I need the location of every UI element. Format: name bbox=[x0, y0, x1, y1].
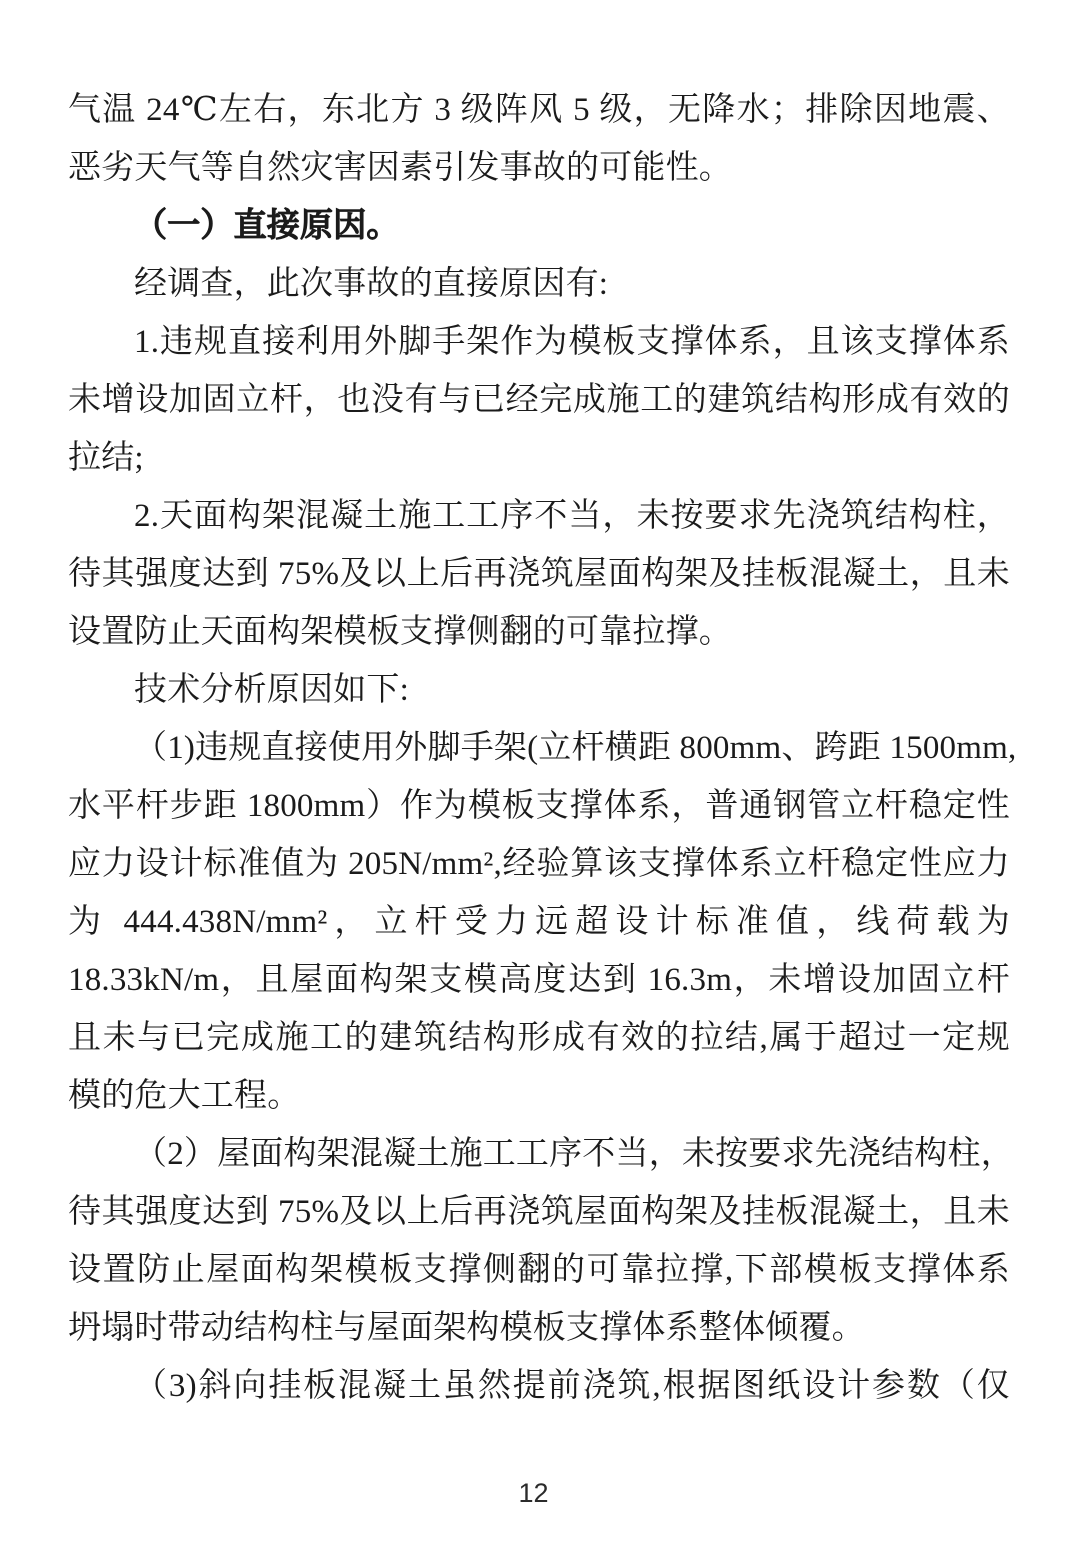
text-line: 坍塌时带动结构柱与屋面架构模板支撑体系整体倾覆。 bbox=[68, 1299, 1010, 1357]
text-line: 待其强度达到 75%及以上后再浇筑屋面构架及挂板混凝土，且未 bbox=[68, 1183, 1010, 1241]
text-line: 待其强度达到 75%及以上后再浇筑屋面构架及挂板混凝土，且未 bbox=[68, 545, 1010, 603]
para-tech-analysis-intro: 技术分析原因如下: bbox=[68, 661, 1010, 719]
heading-direct-cause: （一）直接原因。 bbox=[68, 197, 1010, 255]
text-line: 未增设加固立杆，也没有与已经完成施工的建筑结构形成有效的 bbox=[68, 371, 1010, 429]
text-line: 技术分析原因如下: bbox=[68, 661, 1010, 719]
text-line: 为 444.438N/mm²，立杆受力远超设计标准值，线荷载为 bbox=[68, 893, 1010, 951]
document-text-block: 气温 24℃左右，东北方 3 级阵风 5 级，无降水；排除因地震、 恶劣天气等自… bbox=[68, 81, 1010, 1415]
para-analysis-2: （2）屋面构架混凝土施工工序不当，未按要求先浇结构柱， 待其强度达到 75%及以… bbox=[68, 1125, 1010, 1357]
text-line: 拉结; bbox=[68, 429, 1010, 487]
text-line: 气温 24℃左右，东北方 3 级阵风 5 级，无降水；排除因地震、 bbox=[68, 81, 1010, 139]
para-analysis-1: （1)违规直接使用外脚手架(立杆横距 800mm、跨距 1500mm, 水平杆步… bbox=[68, 719, 1010, 1125]
text-line: 18.33kN/m，且屋面构架支模高度达到 16.3m，未增设加固立杆 bbox=[68, 951, 1010, 1009]
text-line: （2）屋面构架混凝土施工工序不当，未按要求先浇结构柱， bbox=[68, 1125, 1010, 1183]
text-line: 水平杆步距 1800mm）作为模板支撑体系，普通钢管立杆稳定性 bbox=[68, 777, 1010, 835]
text-line: （1)违规直接使用外脚手架(立杆横距 800mm、跨距 1500mm, bbox=[68, 719, 1010, 777]
para-investigation-intro: 经调查，此次事故的直接原因有: bbox=[68, 255, 1010, 313]
text-line: 恶劣天气等自然灾害因素引发事故的可能性。 bbox=[68, 139, 1010, 197]
page-footer: 12 bbox=[0, 1478, 1067, 1509]
para-weather-continuation: 气温 24℃左右，东北方 3 级阵风 5 级，无降水；排除因地震、 恶劣天气等自… bbox=[68, 81, 1010, 197]
para-analysis-3: （3)斜向挂板混凝土虽然提前浇筑,根据图纸设计参数（仅 bbox=[68, 1357, 1010, 1415]
text-line: （3)斜向挂板混凝土虽然提前浇筑,根据图纸设计参数（仅 bbox=[68, 1357, 1010, 1415]
text-line: 应力设计标准值为 205N/mm²,经验算该支撑体系立杆稳定性应力 bbox=[68, 835, 1010, 893]
para-direct-cause-1: 1.违规直接利用外脚手架作为模板支撑体系，且该支撑体系 未增设加固立杆，也没有与… bbox=[68, 313, 1010, 487]
text-line: 设置防止天面构架模板支撑侧翻的可靠拉撑。 bbox=[68, 603, 1010, 661]
page-number: 12 bbox=[518, 1478, 548, 1509]
document-page: 气温 24℃左右，东北方 3 级阵风 5 级，无降水；排除因地震、 恶劣天气等自… bbox=[0, 0, 1067, 1547]
text-line: 经调查，此次事故的直接原因有: bbox=[68, 255, 1010, 313]
text-line: 1.违规直接利用外脚手架作为模板支撑体系，且该支撑体系 bbox=[68, 313, 1010, 371]
text-line: 2.天面构架混凝土施工工序不当，未按要求先浇筑结构柱， bbox=[68, 487, 1010, 545]
text-line: 模的危大工程。 bbox=[68, 1067, 1010, 1125]
section-heading: （一）直接原因。 bbox=[68, 197, 1010, 255]
text-line: 设置防止屋面构架模板支撑侧翻的可靠拉撑,下部模板支撑体系 bbox=[68, 1241, 1010, 1299]
para-direct-cause-2: 2.天面构架混凝土施工工序不当，未按要求先浇筑结构柱， 待其强度达到 75%及以… bbox=[68, 487, 1010, 661]
text-line: 且未与已完成施工的建筑结构形成有效的拉结,属于超过一定规 bbox=[68, 1009, 1010, 1067]
